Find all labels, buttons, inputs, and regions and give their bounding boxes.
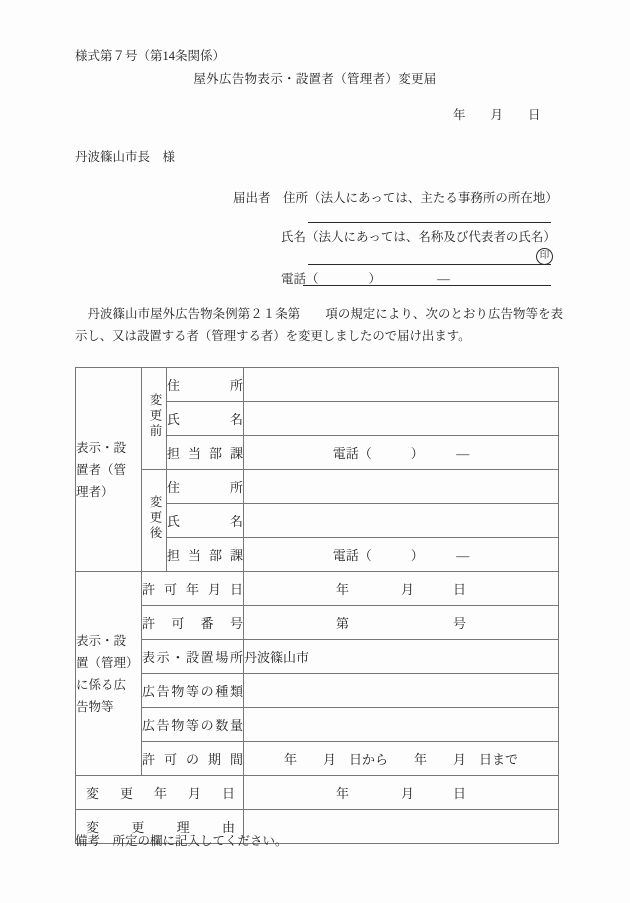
before-name-label: 氏名 — [167, 402, 244, 436]
form-number: 様式第７号（第14条関係） — [75, 46, 225, 64]
table-row: 表示・設 置（管理） に係る広 告物等 許可年月日 年 月 日 — [76, 572, 559, 606]
submission-date-line: 年 月 日 — [453, 105, 541, 123]
recipient-line: 丹波篠山市長 様 — [75, 147, 175, 165]
before-name-value — [244, 402, 559, 436]
permit-period-label: 許可の期間 — [142, 742, 244, 776]
advert-qty-label: 広告物等の数量 — [142, 708, 244, 742]
table-row: 表示・設 置者（管 理者） 変更前 住所 — [76, 368, 559, 402]
permit-period-value: 年 月 日から 年 月 日まで — [244, 742, 559, 776]
table-row: 変更年月日 年 月 日 — [76, 776, 559, 810]
after-change-header: 変更後 — [142, 470, 167, 572]
after-address-label: 住所 — [167, 470, 244, 504]
change-date-label: 変更年月日 — [76, 776, 244, 810]
seal-mark: 印 — [536, 248, 553, 265]
form-page: 様式第７号（第14条関係） 屋外広告物表示・設置者（管理者）変更届 年 月 日 … — [0, 0, 630, 903]
page-title: 屋外広告物表示・設置者（管理者）変更届 — [0, 69, 630, 87]
before-dept-phone-value: 電話（ ） ― — [244, 436, 559, 470]
table-row: 広告物等の種類 — [76, 674, 559, 708]
table-row: 変更後 住所 — [76, 470, 559, 504]
permit-date-value: 年 月 日 — [244, 572, 559, 606]
table-row: 広告物等の数量 — [76, 708, 559, 742]
after-name-value — [244, 504, 559, 538]
place-label: 表示・設置場所 — [142, 640, 244, 674]
change-date-value: 年 月 日 — [244, 776, 559, 810]
advert-qty-value — [244, 708, 559, 742]
declarant-name-label: 氏名（法人にあっては、名称及び代表者の氏名） — [281, 227, 556, 245]
table-row: 許可の期間 年 月 日から 年 月 日まで — [76, 742, 559, 776]
phone-blank: （ ） ― — [306, 272, 450, 286]
permit-date-label: 許可年月日 — [142, 572, 244, 606]
phone-underline — [303, 285, 551, 286]
group-displayer-header: 表示・設 置者（管 理者） — [76, 368, 142, 572]
declarant-address-label: 届出者 住所（法人にあっては、主たる事務所の所在地） — [233, 188, 558, 206]
after-dept-label: 担当部課 — [167, 538, 244, 572]
remarks-note: 備考 所定の欄に記入してください。 — [75, 831, 288, 849]
after-name-label: 氏名 — [167, 504, 244, 538]
before-address-value — [244, 368, 559, 402]
address-underline — [308, 222, 551, 223]
before-dept-label: 担当部課 — [167, 436, 244, 470]
advert-type-label: 広告物等の種類 — [142, 674, 244, 708]
after-address-value — [244, 470, 559, 504]
permit-number-label: 許可番号 — [142, 606, 244, 640]
intro-paragraph: 丹波篠山市屋外広告物条例第２１条第 項の規定により、次のとおり広告物等を表示し、… — [75, 303, 563, 347]
change-reason-value — [244, 810, 559, 844]
group-advert-header: 表示・設 置（管理） に係る広 告物等 — [76, 572, 142, 776]
permit-number-value: 第 号 — [244, 606, 559, 640]
before-change-header: 変更前 — [142, 368, 167, 470]
before-address-label: 住所 — [167, 368, 244, 402]
form-table: 表示・設 置者（管 理者） 変更前 住所 氏名 担当部課 電話（ ） ― 変更後… — [75, 367, 559, 844]
place-value: 丹波篠山市 — [244, 640, 559, 674]
phone-label: 電話 — [281, 272, 306, 286]
advert-type-value — [244, 674, 559, 708]
table-row: 許可番号 第 号 — [76, 606, 559, 640]
name-underline — [308, 264, 551, 265]
table-row: 表示・設置場所 丹波篠山市 — [76, 640, 559, 674]
after-dept-phone-value: 電話（ ） ― — [244, 538, 559, 572]
